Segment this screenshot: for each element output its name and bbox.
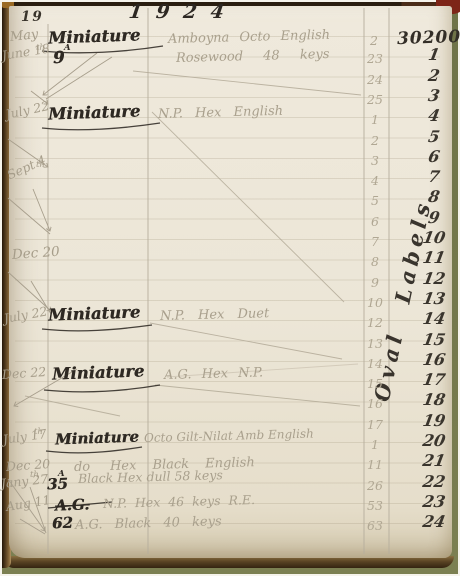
line-number: 14 [415, 311, 454, 327]
quantity-pencil: 15 [363, 378, 387, 391]
opening-total: 30200 [397, 27, 460, 49]
line-number: 8 [415, 189, 454, 205]
line-number: 11 [415, 250, 454, 266]
entry-description: Rosewood 48 keys [176, 48, 330, 65]
quantity-pencil: 10 [363, 297, 387, 310]
quantity-pencil: 3 [363, 155, 387, 168]
entry-description: A.G. Black 40 keys [75, 515, 222, 532]
line-number: 19 [415, 413, 454, 429]
quantity-pencil: 25 [363, 94, 387, 107]
line-number: 21 [415, 453, 454, 469]
quantity-pencil: 5 [363, 195, 387, 208]
page-corner-number: 19 [21, 9, 44, 25]
entry-description: A.G. Hex N.P. [164, 366, 263, 382]
entry-date: Dec 22 [2, 366, 47, 382]
entry-title-ink: Miniature [48, 103, 141, 123]
quantity-pencil: 1 [363, 439, 387, 452]
quantity-pencil: 7 [363, 236, 387, 249]
entry-title-ink: Miniature [48, 27, 141, 47]
line-number: 15 [415, 332, 454, 348]
quantity-pencil: 11 [363, 459, 387, 472]
entry-ink-number: 9 [53, 50, 65, 67]
entry-title-ink: Miniature [55, 430, 139, 448]
line-number: 18 [415, 392, 454, 408]
entry-ink-letter: A [58, 470, 65, 479]
entry-description: N.P. Hex Duet [160, 307, 270, 323]
quantity-pencil: 23 [363, 53, 387, 66]
line-number: 4 [415, 108, 454, 124]
entry-title-ink: Miniature [48, 304, 141, 324]
quantity-pencil: 2 [363, 135, 387, 148]
entry-ink-letter: A [64, 44, 71, 53]
line-number: 7 [415, 169, 454, 185]
line-number: 10 [415, 230, 454, 246]
quantity-pencil: 4 [363, 175, 387, 188]
quantity-pencil: 17 [363, 419, 387, 432]
quantity-pencil: 13 [363, 338, 387, 351]
line-number: 3 [415, 88, 454, 104]
line-number: 1 [415, 47, 454, 63]
quantity-pencil: 14 [363, 358, 387, 371]
quantity-pencil: 26 [363, 480, 387, 493]
entry-ink-crossed-out: A.G. [55, 497, 90, 513]
entry-date-ordinal: th [34, 428, 43, 437]
line-number: 20 [415, 433, 454, 449]
entry-description: N.P. Hex English [158, 105, 283, 121]
quantity-pencil: 24 [363, 74, 387, 87]
entry-date-ordinal: th [30, 471, 39, 480]
quantity-pencil: 8 [363, 256, 387, 269]
line-number: 9 [415, 210, 454, 226]
line-number: 16 [415, 352, 454, 368]
line-number: 6 [415, 149, 454, 165]
entry-date-ordinal: th [36, 161, 45, 170]
quantity-pencil: 63 [363, 520, 387, 533]
quantity-top-row: 2 [363, 33, 385, 48]
quantity-pencil: 6 [363, 216, 387, 229]
entry-ink-number: 62 [52, 516, 73, 532]
quantity-pencil: 12 [363, 317, 387, 330]
quantity-pencil: 9 [363, 277, 387, 290]
quantity-pencil: 53 [363, 500, 387, 513]
quantity-pencil: 1 [363, 114, 387, 127]
year-heading: 1924 [127, 1, 239, 23]
line-number: 22 [415, 474, 454, 490]
ledger-photo: 19 1924 30200 2 Oval Labels 123224325415… [0, 0, 460, 576]
entry-date: May [9, 28, 39, 44]
entry-date: Dec 20 [12, 246, 61, 263]
entry-date-ordinal: th [36, 44, 45, 53]
line-number: 24 [415, 514, 454, 530]
line-number: 23 [415, 494, 454, 510]
line-number: 13 [415, 291, 454, 307]
line-number: 5 [415, 129, 454, 145]
entry-title-ink: Miniature [52, 363, 145, 383]
line-number: 2 [415, 68, 454, 84]
line-number: 17 [415, 372, 454, 388]
line-number: 12 [415, 271, 454, 287]
quantity-pencil: 16 [363, 398, 387, 411]
